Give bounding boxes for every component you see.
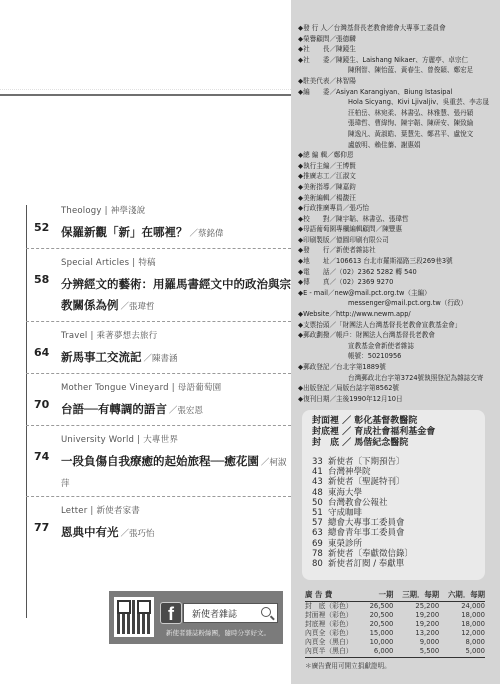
credit-value: 宣教基金會新使者雜誌	[348, 341, 500, 352]
credit-value: 王博賢	[336, 161, 500, 172]
facebook-banner[interactable]: f 新使者雜誌 新使者雜誌粉絲團，隨時分享好文。	[109, 591, 283, 644]
advertiser-item: 80新使者訂閱 / 奉獻單	[312, 559, 475, 569]
credit-value: 陳鏡生	[336, 44, 500, 55]
credit-line: ◆美術編輯／楊馥汪	[298, 193, 500, 204]
credit-value: Hola Sicyang、Kivi Ljivaljiv、吳重芸、李志晟	[348, 97, 500, 108]
advertiser-item: 51守成咖啡	[312, 508, 475, 518]
advertiser-page: 48	[312, 488, 328, 498]
credit-value: messenger@mail.pct.org.tw（行政）	[348, 298, 500, 309]
cover-ads: 封面裡 ／ 彰化基督教醫院封底裡 ／ 育成社會福利基金會封 底 ／ 馬偕紀念醫院	[312, 416, 475, 449]
advertiser-name: 新使者〔奉獻徵信錄〕	[328, 549, 413, 559]
author-slash: ／	[121, 302, 130, 312]
credit-label: ◆美術指導／	[298, 182, 336, 193]
toc-category: University World|大專世界	[61, 434, 291, 447]
ad-pricing: 廣 告 費一期三期．每期六期．每期 封 底（彩色）26,50025,20024,…	[305, 588, 485, 670]
credit-label: ◆編 委／	[298, 87, 336, 98]
advertiser-page: 63	[312, 528, 328, 538]
advertiser-page: 51	[312, 508, 328, 518]
article-author: 張巧怡	[129, 529, 155, 539]
article-title[interactable]: 一段負傷自我療癒的起始旅程──癒花園	[61, 454, 259, 468]
credit-continuation: 台灣郵政北台字第3724號執照登記為雜誌交寄	[298, 373, 500, 384]
advertiser-item: 78新使者〔奉獻徵信錄〕	[312, 549, 475, 559]
credit-label: ◆美術編輯／	[298, 193, 336, 204]
advertiser-item: 63總會青年事工委員會	[312, 528, 475, 538]
category-separator: |	[90, 331, 93, 341]
credit-label: ◆支票抬頭／	[298, 320, 336, 331]
category-zh: 母語葡萄園	[178, 383, 222, 393]
credit-line: ◆電 話／（02）2362 5282 轉 540	[298, 267, 500, 278]
credit-value: 陳俐智、陳怡蓝、黃春生、曾俊穎、鄭宏足	[348, 65, 500, 76]
ad-pricing-table: 廣 告 費一期三期．每期六期．每期 封 底（彩色）26,50025,20024,…	[305, 588, 485, 658]
pricing-cell: 封底裡（彩色）	[305, 620, 364, 629]
credit-value: 台灣郵政北台字第3724號執照登記為雜誌交寄	[348, 373, 500, 384]
article-title[interactable]: 分辨經文的藝術：用羅馬書經文中的政治與宗教關係為例	[61, 277, 291, 312]
credit-value: 張德麟	[336, 34, 500, 45]
page-number: 77	[34, 521, 49, 534]
credit-label: ◆發 行／	[298, 245, 336, 256]
pricing-cell: 5,000	[439, 647, 485, 658]
cover-ad: 封 底 ／ 馬偕紀念醫院	[312, 438, 475, 449]
category-zh: 新使者家書	[96, 506, 140, 516]
pricing-cell: 內頁全（黑白）	[305, 638, 364, 647]
credit-value: 陳嘉鈞	[336, 182, 500, 193]
table-of-contents: Theology|神學淺說52保羅新觀「新」在哪裡？／蔡銘偉Special Ar…	[27, 205, 291, 548]
cover-ad: 封面裡 ／ 彰化基督教醫院	[312, 416, 475, 427]
credit-value: Asiyan Karangiyan、Biung Istasipal	[336, 87, 500, 98]
credit-value: （02）2362 5282 轉 540	[336, 267, 500, 278]
advertiser-name: 新使者訂閱 / 奉獻單	[328, 559, 404, 569]
credit-label: ◆傳 真／	[298, 277, 336, 288]
toc-entry[interactable]: University World|大專世界74一段負傷自我療癒的起始旅程──癒花…	[27, 426, 291, 496]
credit-line: ◆推廣志工／江淑文	[298, 171, 500, 182]
cover-ad-label: 封面裡	[312, 416, 339, 426]
advertiser-item: 33新使者〔下期預告〕	[312, 457, 475, 467]
credit-value: 林智陽	[336, 76, 500, 87]
qr-code-icon[interactable]	[114, 597, 154, 637]
credit-value: 江淑文	[336, 171, 500, 182]
credit-line: ◆復刊日期／主後1990年12月10日	[298, 394, 500, 405]
credit-label: ◆榮譽顧問／	[298, 34, 336, 45]
toc-category: Special Articles|特稿	[61, 257, 291, 270]
advertiser-name: 台灣神學院	[328, 467, 371, 477]
credit-label: ◆地 址／	[298, 256, 336, 267]
top-rule	[0, 94, 291, 96]
credit-label: ◆推廣志工／	[298, 171, 336, 182]
credit-label: ◆行政推廣專員／	[298, 203, 349, 214]
advertiser-index: 封面裡 ／ 彰化基督教醫院封底裡 ／ 育成社會福利基金會封 底 ／ 馬偕紀念醫院…	[302, 410, 485, 580]
credit-line: ◆郵政劃撥／帳戶：財團法人台灣基督長老教會	[298, 330, 500, 341]
advertiser-page: 43	[312, 477, 328, 487]
author-slash: ／	[121, 529, 130, 539]
credit-line: ◆榮譽顧問／張德麟	[298, 34, 500, 45]
advertiser-page: 41	[312, 467, 328, 477]
pricing-cell: 封面裡（彩色）	[305, 611, 364, 620]
cover-ad-name: 馬偕紀念醫院	[354, 438, 408, 448]
advertiser-name: 守成咖啡	[328, 508, 362, 518]
credit-line: ◆母語葡萄園專欄編輯顧問／陳豐惠	[298, 224, 500, 235]
cover-ad-label: 封 底	[312, 438, 339, 448]
toc-category: Travel|乘著夢想去旅行	[61, 330, 291, 343]
credit-value: 台灣基督長老教會總會大專事工委員會	[334, 23, 500, 34]
pricing-cell: 10,000	[364, 638, 393, 647]
pricing-row: 內頁半（黑白）6,0005,5005,000	[305, 647, 485, 658]
page-number: 52	[34, 221, 49, 234]
cover-ad-name: 彰化基督教醫院	[354, 416, 417, 426]
credit-value: 陳逸凡、黃淑皓、葉慧先、鄭君平、盧悅文	[348, 129, 500, 140]
credit-line: ◆編 委／Asiyan Karangiyan、Biung Istasipal	[298, 87, 500, 98]
toc-entry[interactable]: Letter|新使者家書77恩典中有光／張巧怡	[27, 497, 291, 548]
pricing-cell: 內頁半（黑白）	[305, 647, 364, 658]
credit-line: ◆行政推廣專員／張巧怡	[298, 203, 500, 214]
pricing-cell: 24,000	[439, 602, 485, 612]
credit-line: ◆印刷製版／億圓印刷有限公司	[298, 235, 500, 246]
article-title[interactable]: 恩典中有光	[61, 525, 119, 539]
pricing-cell: 18,000	[439, 611, 485, 620]
pricing-cell: 12,000	[439, 629, 485, 638]
author-slash: ／	[144, 354, 153, 364]
credit-label: ◆執行主編／	[298, 161, 336, 172]
credit-value: 106613 台北市羅斯福路三段269巷3號	[336, 256, 500, 267]
credit-continuation: 宣教基金會新使者雜誌	[298, 341, 500, 352]
article-author: 陳書涵	[152, 354, 178, 364]
advertiser-page: 50	[312, 498, 328, 508]
category-zh: 乘著夢想去旅行	[97, 331, 158, 341]
pricing-cell: 26,500	[364, 602, 393, 612]
pricing-cell: 19,200	[393, 611, 439, 620]
pricing-cell: 13,200	[393, 629, 439, 638]
credit-line: ◆E - mail／new@mail.pct.org.tw（主編）	[298, 288, 500, 299]
credit-line: ◆社 長／陳鏡生	[298, 44, 500, 55]
pricing-cell: 5,500	[393, 647, 439, 658]
advertiser-item: 43新使者〔聖誕特刊〕	[312, 477, 475, 487]
credit-value: 陳鏡生、Laishang Nikaer、方麗亭、卓宗仁	[336, 55, 500, 66]
credit-label: ◆電 話／	[298, 267, 336, 278]
credit-label: ◆E - mail／	[298, 288, 335, 299]
credit-value: 張巧怡	[349, 203, 500, 214]
category-en: Letter	[61, 506, 87, 516]
cover-ad: 封底裡 ／ 育成社會福利基金會	[312, 427, 475, 438]
article-title[interactable]: 台語──有轉調的語言	[61, 402, 167, 416]
top-dotted-line	[0, 89, 291, 90]
credit-value: 帳戶：財團法人台灣基督長老教會	[336, 330, 500, 341]
credit-value: new@mail.pct.org.tw（主編）	[335, 288, 500, 299]
credit-line: ◆支票抬頭／「財團法人台灣基督長老教會宣教基金會」	[298, 320, 500, 331]
credit-value: （02）2369 9270	[336, 277, 500, 288]
credit-value: 陳宇韜、林書弘、張瑋哲	[336, 214, 500, 225]
credit-label: ◆出版登記／	[298, 383, 336, 394]
page-number: 70	[34, 398, 49, 411]
category-en: Mother Tongue Vineyard	[61, 383, 169, 393]
pricing-row: 封底裡（彩色）20,50019,20018,000	[305, 620, 485, 629]
masthead-panel: ◆發 行 人／台灣基督長老教會總會大專事工委員會◆榮譽顧問／張德麟◆社 長／陳鏡…	[291, 0, 500, 684]
credit-continuation: 陳逸凡、黃淑皓、葉慧先、鄭君平、盧悅文	[298, 129, 500, 140]
advertiser-name: 東海大學	[328, 488, 362, 498]
category-separator: |	[137, 435, 140, 445]
pricing-note: ＊廣告費用可開立捐獻證明。	[305, 660, 485, 670]
credit-value: 盧啟明、賴佳蓁、謝惠娟	[348, 140, 500, 151]
advertiser-page: 69	[312, 539, 328, 549]
advertiser-page: 33	[312, 457, 328, 467]
advertiser-page: 80	[312, 559, 328, 569]
credit-label: ◆復刊日期／	[298, 394, 336, 405]
facebook-search-box[interactable]: 新使者雜誌	[183, 603, 278, 623]
category-en: Theology	[61, 206, 102, 216]
credit-label: ◆總 編 輯／	[298, 150, 334, 161]
page-number: 64	[34, 346, 49, 359]
credit-line: ◆總 編 輯／鄭仰恩	[298, 150, 500, 161]
credit-line: ◆校 對／陳宇韜、林書弘、張瑋哲	[298, 214, 500, 225]
credit-value: 汪柏岳、林宛柔、林書弘、林雅慧、張丹穎	[348, 108, 500, 119]
pricing-row: 內頁全（黑白）10,0009,0008,000	[305, 638, 485, 647]
toc-entry[interactable]: Mother Tongue Vineyard|母語葡萄園70台語──有轉調的語言…	[27, 374, 291, 425]
article-author: 蔡銘偉	[198, 229, 224, 239]
credit-value: 億圓印刷有限公司	[336, 235, 500, 246]
credit-label: ◆母語葡萄園專欄編輯顧問／	[298, 224, 382, 235]
credit-label: ◆印刷製版／	[298, 235, 336, 246]
advertiser-page: 57	[312, 518, 328, 528]
credit-value: http://www.newm.app/	[336, 309, 500, 320]
category-separator: |	[132, 258, 135, 268]
pricing-row: 內頁全（彩色）15,00013,20012,000	[305, 629, 485, 638]
credit-line: ◆郵政登記／台北字第1889號	[298, 362, 500, 373]
advertiser-name: 總會大專事工委員會	[328, 518, 405, 528]
credit-continuation: Hola Sicyang、Kivi Ljivaljiv、吳重芸、李志晟	[298, 97, 500, 108]
category-zh: 特稿	[138, 258, 155, 268]
credit-value: 楊馥汪	[336, 193, 500, 204]
pricing-header: 一期	[364, 588, 393, 602]
search-icon[interactable]	[261, 607, 271, 617]
author-slash: ／	[190, 229, 199, 239]
facebook-caption: 新使者雜誌粉絲團，隨時分享好文。	[166, 628, 270, 637]
credit-continuation: 陳俐智、陳怡蓝、黃春生、曾俊穎、鄭宏足	[298, 65, 500, 76]
cover-ad-label: 封底裡	[312, 427, 339, 437]
credit-continuation: 盧啟明、賴佳蓁、謝惠娟	[298, 140, 500, 151]
credit-continuation: messenger@mail.pct.org.tw（行政）	[298, 298, 500, 309]
credit-line: ◆發 行／新使者雜誌社	[298, 245, 500, 256]
category-zh: 神學淺說	[111, 206, 146, 216]
category-separator: |	[90, 506, 93, 516]
article-title[interactable]: 保羅新觀「新」在哪裡？	[61, 225, 188, 239]
advertiser-page: 78	[312, 549, 328, 559]
advertiser-name: 總會青年事工委員會	[328, 528, 405, 538]
toc-entry[interactable]: Special Articles|特稿58分辨經文的藝術：用羅馬書經文中的政治與…	[27, 249, 291, 321]
page-number: 74	[34, 450, 49, 463]
credit-value: 新使者雜誌社	[336, 245, 500, 256]
facebook-logo-icon[interactable]: f	[160, 602, 182, 624]
pricing-cell: 20,500	[364, 620, 393, 629]
toc-category: Theology|神學淺說	[61, 205, 291, 218]
credit-continuation: 帳號：50210956	[298, 351, 500, 362]
credit-value: 帳號：50210956	[348, 351, 500, 362]
credit-continuation: 汪柏岳、林宛柔、林書弘、林雅慧、張丹穎	[298, 108, 500, 119]
advertiser-name: 東榮診所	[328, 539, 362, 549]
credit-label: ◆發 行 人／	[298, 23, 334, 34]
article-author: 張宏恩	[177, 406, 203, 416]
advertiser-item: 48東海大學	[312, 488, 475, 498]
advertiser-name: 新使者〔聖誕特刊〕	[328, 477, 405, 487]
article-author: 張瑋哲	[129, 302, 155, 312]
credit-label: ◆郵政登記／	[298, 362, 336, 373]
toc-entry[interactable]: Travel|乘著夢想去旅行64新馬事工交流記／陳書涵	[27, 322, 291, 373]
category-separator: |	[172, 383, 175, 393]
advertiser-item: 69東榮診所	[312, 539, 475, 549]
pricing-cell: 9,000	[393, 638, 439, 647]
pricing-cell: 封 底（彩色）	[305, 602, 364, 612]
credit-line: ◆社 委／陳鏡生、Laishang Nikaer、方麗亭、卓宗仁	[298, 55, 500, 66]
credit-value: 台北字第1889號	[336, 362, 500, 373]
toc-category: Mother Tongue Vineyard|母語葡萄園	[61, 382, 291, 395]
advertiser-item: 57總會大專事工委員會	[312, 518, 475, 528]
pricing-header: 廣 告 費	[305, 588, 364, 602]
credit-label: ◆郵政劃撥／	[298, 330, 336, 341]
page-number: 58	[34, 273, 49, 286]
credit-line: ◆美術指導／陳嘉鈞	[298, 182, 500, 193]
category-en: Special Articles	[61, 258, 129, 268]
credit-line: ◆Website／http://www.newm.app/	[298, 309, 500, 320]
credit-line: ◆傳 真／（02）2369 9270	[298, 277, 500, 288]
advertiser-item: 50台灣教會公報社	[312, 498, 475, 508]
advertiser-name: 台灣教會公報社	[328, 498, 388, 508]
advertiser-item: 41台灣神學院	[312, 467, 475, 477]
credit-label: ◆社 委／	[298, 55, 336, 66]
facebook-search-text: 新使者雜誌	[192, 607, 237, 620]
credit-value: 「財團法人台灣基督長老教會宣教基金會」	[336, 320, 500, 331]
credit-line: ◆地 址／106613 台北市羅斯福路三段269巷3號	[298, 256, 500, 267]
category-en: Travel	[61, 331, 87, 341]
pricing-cell: 15,000	[364, 629, 393, 638]
advertiser-list: 33新使者〔下期預告〕41台灣神學院43新使者〔聖誕特刊〕48東海大學50台灣教…	[312, 457, 475, 569]
pricing-cell: 25,200	[393, 602, 439, 612]
credit-line: ◆出版登記／局版台誌字第8562號	[298, 383, 500, 394]
credit-value: 鄭仰恩	[334, 150, 500, 161]
credit-line: ◆執行主編／王博賢	[298, 161, 500, 172]
credit-value: 局版台誌字第8562號	[336, 383, 500, 394]
credit-line: ◆駐美代表／林智陽	[298, 76, 500, 87]
pricing-row: 封 底（彩色）26,50025,20024,000	[305, 602, 485, 612]
credit-value: 陳豐惠	[382, 224, 500, 235]
pricing-cell: 20,500	[364, 611, 393, 620]
credit-line: ◆發 行 人／台灣基督長老教會總會大專事工委員會	[298, 23, 500, 34]
credit-label: ◆社 長／	[298, 44, 336, 55]
toc-entry[interactable]: Theology|神學淺說52保羅新觀「新」在哪裡？／蔡銘偉	[27, 205, 291, 248]
advertiser-name: 新使者〔下期預告〕	[328, 457, 405, 467]
credit-value: 主後1990年12月10日	[336, 394, 500, 405]
credits-list: ◆發 行 人／台灣基督長老教會總會大專事工委員會◆榮譽顧問／張德麟◆社 長／陳鏡…	[298, 23, 500, 404]
credit-continuation: 張瑋哲、曹緯恂、陳宇韜、陳研安、陳致綸	[298, 118, 500, 129]
category-en: University World	[61, 435, 134, 445]
toc-category: Letter|新使者家書	[61, 505, 291, 518]
credit-value: 張瑋哲、曹緯恂、陳宇韜、陳研安、陳致綸	[348, 118, 500, 129]
pricing-header: 三期．每期	[393, 588, 439, 602]
credit-label: ◆駐美代表／	[298, 76, 336, 87]
credit-label: ◆Website／	[298, 309, 336, 320]
pricing-cell: 8,000	[439, 638, 485, 647]
article-title[interactable]: 新馬事工交流記	[61, 350, 142, 364]
pricing-cell: 內頁全（彩色）	[305, 629, 364, 638]
pricing-header: 六期．每期	[439, 588, 485, 602]
pricing-cell: 19,200	[393, 620, 439, 629]
category-separator: |	[105, 206, 108, 216]
pricing-row: 封面裡（彩色）20,50019,20018,000	[305, 611, 485, 620]
category-zh: 大專世界	[143, 435, 178, 445]
credit-label: ◆校 對／	[298, 214, 336, 225]
pricing-cell: 18,000	[439, 620, 485, 629]
pricing-cell: 6,000	[364, 647, 393, 658]
cover-ad-name: 育成社會福利基金會	[354, 427, 435, 437]
